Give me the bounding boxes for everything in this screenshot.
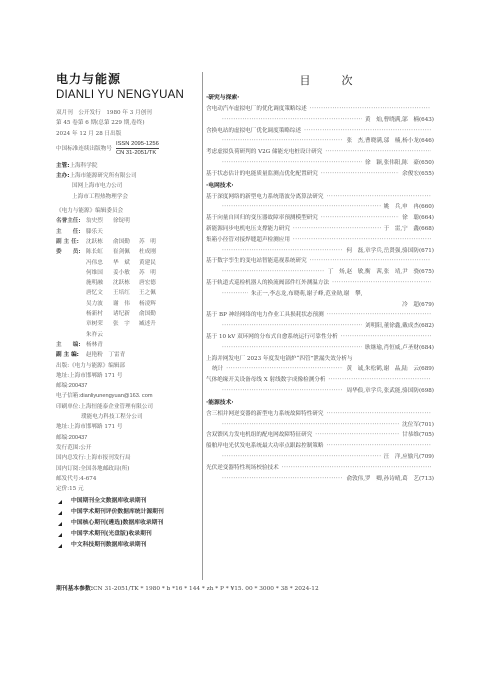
committee-name: 沈跃栋 [113,278,139,288]
leader-dots [325,147,431,158]
committee-name: 沈跃栋 [86,237,113,247]
committee-name: 谢 伟 [113,299,139,309]
sponsor-label: 主办: [56,173,69,179]
article-authors: 徐 聪 [402,213,419,224]
editorial-committee: 《电力与能源》编辑委员会 名誉主任: 翁史烈 徐锭明 主 任: 滕乐天 副 主 … [56,206,196,340]
postcode-line: 邮编:200437 [56,381,196,391]
committee-name: 俞国勤 [139,309,169,319]
members-label: 委 员: [56,247,86,257]
publication-info: 双月刊 公开发行 1980 年 3 月创刊 第 45 卷第 6 期(总第 229… [56,108,196,158]
article-title[interactable]: 基于 BP 神经网络的电力作业工具损耗状态预测 [206,310,324,321]
section-heading: ·电网技术· [204,181,434,192]
article-title[interactable]: 考虑虚拟负荷研判的 V2G 储能充电桩设计研究 [206,147,322,158]
article-authors: 甘恭维 [402,430,419,441]
toc-title: 目 次 [204,73,434,89]
page-number: (682) [419,321,434,332]
publisher-info: 主管:上海科学院 主办:上海市能源研究所有限公司 国网上海市电力公司 上海市工程… [56,161,196,202]
serial-codes: ISSN 2095-1256 CN 31-2051/TK [116,140,159,158]
toc-entry[interactable]: 含电动汽车虚拟电厂的优化调度策略综述 黄 灿,曹晓满,邬 楠(643) [204,104,434,126]
index-item: 中文科技期刊数据库收录期刊 [56,540,196,551]
article-authors: 何 磊,章学兵,岳贤强,骆国防 [346,246,418,257]
serial-label: 中国标准连续出版物号 [56,144,112,154]
committee-name: 翁史烈 [86,216,113,226]
printer-1: 上海恒能泰企业管理有限公司 [80,404,153,410]
cn-number: CN 31-2051/TK [116,149,159,158]
supervisor: 上海科学院 [69,163,97,169]
publisher-line: 出版:《电力与能源》编辑部 [56,361,196,371]
article-authors: 刘明阳,董徐鑫,戴成杰 [365,321,419,332]
deputy-director-label: 副 主 任: [56,237,86,247]
triangle-bullet-icon [58,544,62,548]
article-title[interactable]: 基于轨道式巡检机器人的换流阀部件红外测温方法 [206,278,329,289]
leader-dots [341,332,431,343]
leader-dots [326,409,431,420]
index-item: 中国核心期刊(遴选)数据库收录期刊 [56,518,196,529]
article-title[interactable]: 新能源同步电机电压支撑能力研究 [206,224,290,235]
leader-dots [310,104,431,115]
leader-dots [222,202,381,213]
article-title[interactable]: 基于 10 kV 双环网的分布式自愈系统运行可靠性分析 [206,332,338,343]
leader-dots [293,224,381,235]
leader-dots [332,278,431,289]
article-authors: 耿继瑜,肖恒威,卢圣财 [365,343,419,354]
index-item: 中国期刊全文数据库收录期刊 [56,496,196,507]
volume-line: 第 45 卷第 6 期(总第 229 期,卷终) [56,118,196,128]
committee-name: 王之佩 [139,288,169,298]
leader-dots [321,213,399,224]
toc-entry[interactable]: 集箱小径管对接焊缝超声检测应用 何 磊,章学兵,岳贤强,骆国防(671) [204,235,434,257]
article-title[interactable]: 上海并网发电厂 2023 年度发电锅炉“四管”泄漏失效分析与 [206,354,353,365]
page-number: (668) [419,224,434,235]
article-authors: 于 雷,宁 鑫 [384,224,419,235]
committee-name: 徐锭明 [113,216,139,226]
page-number: (701) [419,420,434,431]
committee-name: 苏 明 [139,237,169,247]
page-number: (709) [419,452,434,463]
leader-dots [222,321,362,332]
page-number: (675) [419,267,434,278]
index-label: 中国学术期刊(光盘版)收录期刊 [71,529,152,540]
deputy-editor-label: 副 主 编: [56,350,86,360]
deputy-editors: 赵艳粉 丁雷青 [86,352,125,358]
toc-entry[interactable]: 考虑虚拟负荷研判的 V2G 储能充电桩设计研究 徐 颖,张伟阳,陈 豪(650) [204,147,434,169]
leader-dots [226,364,343,375]
leader-dots [282,463,431,474]
article-authors: 俞敦伟,罗 卿,孙诗晴,葛 艺 [346,474,418,485]
journal-parameters: 期刊基本参数:CN 31-2051/TK * 1980 * b *16 * 14… [56,584,319,594]
committee-name: 朱祚云 [86,330,113,340]
printer-address: 地址:上海市邯郸路 171 号 [56,422,196,432]
page-number: (646) [419,136,434,147]
toc-entry[interactable]: 新能源同步电机电压支撑能力研究于 雷,宁 鑫(668) [204,224,434,235]
committee-name: 姜小敏 [113,268,139,278]
index-item: 中国学术期刊(光盘版)收录期刊 [56,529,196,540]
article-authors: 丁 炀,赵 敏,衡 茜,张 靖,尹 骁 [328,267,419,278]
page-number: (698) [419,386,434,397]
page-number: (689) [419,364,434,375]
toc-entry[interactable]: 含换电站的虚拟电厂优化调度策略综述 张 杰,曹晓满,邬 楠,杨小龙(646) [204,126,434,148]
article-title-cont[interactable]: 统计 [212,364,223,375]
leader-dots [327,310,431,321]
parameters-value: CN 31-2051/TK * 1980 * b *16 * 144 * zh … [93,586,319,592]
committee-name: 杨新村 [86,309,113,319]
leader-dots [222,289,248,300]
serial-number-row: 中国标准连续出版物号 ISSN 2095-1256 CN 31-2051/TK [56,140,196,158]
price: 定价:15 元 [56,484,196,494]
leader-dots [222,343,362,354]
page-number: (679) [419,300,434,311]
printer-2: 璞能电力科技工程分公司 [56,412,196,422]
article-title[interactable]: 光伏逆变器特性现场校验技术 [206,463,279,474]
toc-entry[interactable]: 基于 BP 神经网络的电力作业工具损耗状态预测 刘明阳,董徐鑫,戴成杰(682) [204,310,434,332]
committee-name: 施明融 [86,278,113,288]
email-label: 电子信箱: [56,393,80,399]
article-authors: 张 杰,曹晓满,邬 楠,杨小龙 [346,136,418,147]
article-title[interactable]: 气体绝缘开关设备母线 X 射线数字成像检测分析 [206,375,325,386]
printer-label: 印刷单位: [56,404,80,410]
toc-entry[interactable]: 基于 10 kV 双环网的分布式自愈系统运行可靠性分析 耿继瑜,肖恒威,卢圣财(… [204,332,434,354]
honorary-director-label: 名誉主任: [56,216,86,226]
article-authors: 余俊宏 [402,169,419,180]
toc-entry[interactable]: 含双馈风力发电机组的配电网故障特征研究甘恭维(705) [204,430,434,441]
index-label: 中国期刊全文数据库收录期刊 [71,496,146,507]
page-number: (650) [419,158,434,169]
sponsor-2: 国网上海市电力公司 [56,181,196,191]
article-title[interactable]: 基于深度网络的新型电力系统谐波分离算法研究 [206,192,323,203]
printer-postcode: 邮编:200437 [56,433,196,443]
section-heading: ·能源技术· [204,398,434,409]
leader-dots [326,441,431,452]
chief-editor: 杨林青 [86,340,113,350]
sponsor-1: 上海市能源研究所有限公司 [69,173,136,179]
journal-title-en: DIANLI YU NENGYUAN [56,88,196,103]
committee-name: 张 宇 [113,319,139,329]
committee-name: 滕乐天 [86,227,113,237]
toc-entry[interactable]: 基于轨道式巡检机器人的换流阀部件红外测温方法 朱正一,李志龙,布晓萌,谢子峰,范… [204,278,434,310]
leader-dots [304,126,431,137]
toc-entry[interactable]: 气体绝缘开关设备母线 X 射线数字成像检测分析 周华俍,章学兵,张武能,骆国防(… [204,375,434,397]
article-title[interactable]: 基于向量自回归的变压器故障率预测模型研究 [206,213,318,224]
leader-dots [310,256,431,267]
table-of-contents: 目 次 ·研究与探索· 含电动汽车虚拟电厂的优化调度策略综述 黄 灿,曹晓满,邬… [204,72,434,484]
leader-dots [326,192,431,203]
article-authors: 冷 超 [402,300,419,311]
committee-name: 崔剑佩 [113,247,139,257]
committee-name: 陈长虹 [86,247,113,257]
committee-name: 吴力波 [86,299,113,309]
index-label: 中国核心期刊(遴选)数据库收录期刊 [71,518,163,529]
masthead-column: 电力与能源 DIANLI YU NENGYUAN 双月刊 公开发行 1980 年… [56,72,196,551]
leader-dots [293,235,431,246]
domestic-distribution: 国内总发行:上海市报刊发行局 [56,453,196,463]
leader-dots [321,169,399,180]
committee-name: 何维国 [86,268,113,278]
toc-entry[interactable]: 上海并网发电厂 2023 年度发电锅炉“四管”泄漏失效分析与 统计黄 诚,朱松鹤… [204,354,434,376]
index-item: 中国学术期刊评价数据库统计源期刊 [56,507,196,518]
article-authors: 沈位军 [402,420,419,431]
frequency-line: 双月刊 公开发行 1980 年 3 月创刊 [56,108,196,118]
journal-title-cn: 电力与能源 [56,72,196,87]
toc-entry[interactable]: 船舶岸电光伏发电系统最大功率点跟踪控制策略 汪 洋,应愉凡(709) [204,441,434,463]
index-label: 中国学术期刊评价数据库统计源期刊 [71,507,164,518]
leader-dots [328,375,431,386]
distribution-scope: 发行范围:公开 [56,443,196,453]
leader-dots [222,474,343,485]
leader-dots [222,420,399,431]
committee-name: 俞国勤 [113,237,139,247]
committee-heading: 《电力与能源》编辑委员会 [56,206,196,216]
committee-name: 杨凌辉 [139,299,169,309]
page-number: (705) [419,430,434,441]
article-authors: 周华俍,章学兵,张武能,骆国防 [346,386,418,397]
committee-name: 杜成刚 [139,247,169,257]
section-heading: ·研究与探索· [204,93,434,104]
leader-dots [222,267,325,278]
triangle-bullet-icon [58,500,62,504]
committee-name: 臧述升 [139,319,169,329]
committee-name: 王培红 [113,288,139,298]
postal-code: 邮发代号:4-674 [56,474,196,484]
article-title[interactable]: 含电动汽车虚拟电厂的优化调度策略综述 [206,104,307,115]
toc-entry[interactable]: 基于向量自回归的变压器故障率预测模型研究徐 聪(664) [204,213,434,224]
sponsor-3: 上海市工程热物理学会 [56,192,196,202]
page-number: (664) [419,213,434,224]
article-authors: 黄 诚,朱松鹤,谢 晶,陆 云 [346,364,418,375]
article-title[interactable]: 集箱小径管对接焊缝超声检测应用 [206,235,290,246]
email-link[interactable]: dianliyunengyuan@163. com [80,393,152,399]
page-number: (643) [419,115,434,126]
article-title[interactable]: 基于状态估计的电能质量监测点优化配置研究 [206,169,318,180]
article-title[interactable]: 含双馈风力发电机组的配电网故障特征研究 [206,430,312,441]
index-label: 中文科技期刊数据库收录期刊 [71,540,146,551]
leader-dots [222,246,343,257]
chief-editor-label: 主 编: [56,340,86,350]
page-number: (655) [419,169,434,180]
page-number: (671) [419,246,434,257]
leader-dots [222,452,381,463]
page-number: (684) [419,343,434,354]
article-title[interactable]: 船舶岸电光伏发电系统最大功率点跟踪控制策略 [206,441,323,452]
domestic-subscription: 国内订阅:全国各地邮政局(所) [56,464,196,474]
article-title[interactable]: 含三相并网逆变器的新型电力系统故障特性研究 [206,409,323,420]
editorial-info: 主 编: 杨林青 副 主 编:赵艳粉 丁雷青 出版:《电力与能源》编辑部 地址:… [56,340,196,494]
page-number: (713) [419,474,434,485]
article-authors: 汪 洋,应愉凡 [384,452,419,463]
article-authors: 朱正一,李志龙,布晓萌,谢子峰,范业勋,谢 攀, [251,289,362,300]
toc-entry[interactable]: 含三相并网逆变器的新型电力系统故障特性研究 沈位军(701) [204,409,434,431]
committee-name: 唐忆文 [86,288,113,298]
committee-name: 冯伟忠 [86,258,113,268]
triangle-bullet-icon [58,533,62,537]
triangle-bullet-icon [58,522,62,526]
address-line: 地址:上海市邯郸路 171 号 [56,371,196,381]
committee-name: 章树荣 [86,319,113,329]
date-line: 2024 年 12 月 28 日出版 [56,129,196,139]
committee-name: 唐宏德 [139,278,169,288]
column-divider [202,72,203,580]
article-title[interactable]: 含换电站的虚拟电厂优化调度策略综述 [206,126,301,137]
leader-dots [222,136,343,147]
triangle-bullet-icon [58,511,62,515]
indexing-list: 中国期刊全文数据库收录期刊 中国学术期刊评价数据库统计源期刊 中国核心期刊(遴选… [56,496,196,551]
committee-name: 苏 明 [139,268,169,278]
article-title[interactable]: 基于数字孪生的变电站智能巡视系统研究 [206,256,307,267]
article-authors: 徐 颖,张伟阳,陈 豪 [365,158,419,169]
article-authors: 黄 灿,曹晓满,邬 楠 [365,115,419,126]
leader-dots [315,430,399,441]
committee-grid: 名誉主任: 翁史烈 徐锭明 主 任: 滕乐天 副 主 任: 沈跃栋 俞国勤 苏 … [56,216,196,340]
toc-entry[interactable]: 基于数字孪生的变电站智能巡视系统研究 丁 炀,赵 敏,衡 茜,张 靖,尹 骁(6… [204,256,434,278]
toc-entry[interactable]: 基于状态估计的电能质量监测点优化配置研究余俊宏(655) [204,169,434,180]
toc-entry[interactable]: 基于深度网络的新型电力系统谐波分离算法研究 姚 兵,申 冉(660) [204,192,434,214]
committee-name: 诸纪新 [113,309,139,319]
parameters-label: 期刊基本参数: [56,586,93,592]
article-authors: 姚 兵,申 冉 [384,202,419,213]
issn: ISSN 2095-1256 [116,140,159,149]
supervisor-label: 主管: [56,163,69,169]
committee-name: 华 斌 [113,258,139,268]
leader-dots [222,386,343,397]
committee-name: 黄建民 [139,258,169,268]
toc-entry[interactable]: 光伏逆变器特性现场校验技术 俞敦伟,罗 卿,孙诗晴,葛 艺(713) [204,463,434,485]
leader-dots [222,115,362,126]
director-label: 主 任: [56,227,86,237]
page-number: (660) [419,202,434,213]
leader-dots [222,158,362,169]
